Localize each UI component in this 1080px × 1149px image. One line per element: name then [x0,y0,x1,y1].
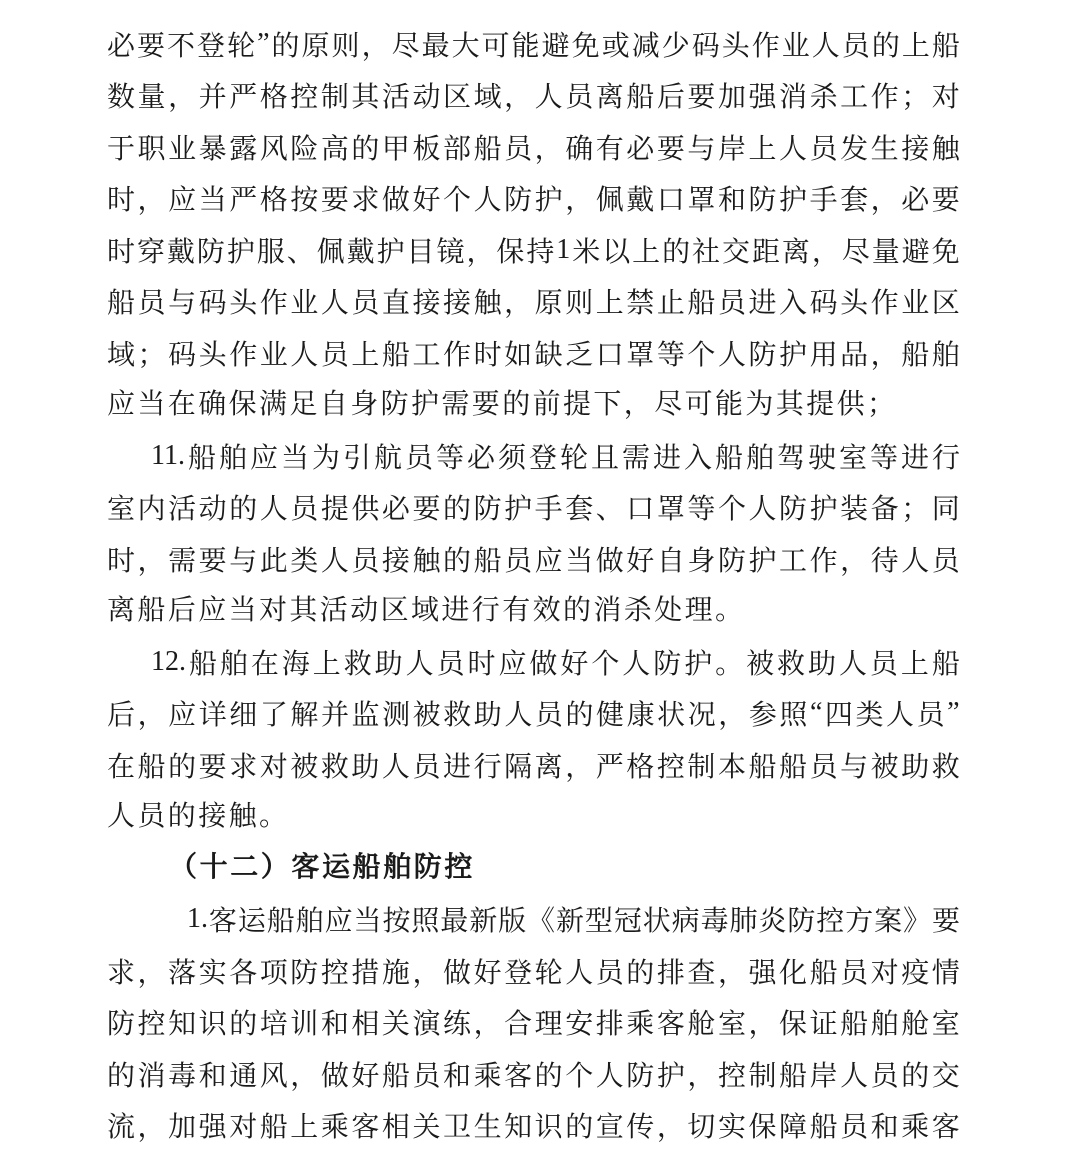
text-line: 于职业暴露风险高的甲板部船员，确有必要与岸上人员发生接触 [107,121,960,173]
paragraph-item-1-passenger-ships: 1.客运船舶应当按照最新版《新型冠状病毒肺炎防控方案》要求，落实各项防控措施，做… [107,894,960,1149]
text-line: 时，需要与此类人员接触的船员应当做好自身防护工作，待人员 [107,533,960,585]
text-line: 的消毒和通风，做好船员和乘客的个人防护，控制船岸人员的交 [107,1048,960,1100]
text-line: 时穿戴防护服、佩戴护目镜，保持1米以上的社交距离，尽量避免 [107,224,960,276]
text-line: 时，应当严格按要求做好个人防护，佩戴口罩和防护手套，必要 [107,173,960,225]
paragraph-item-12-sea-rescue: 12.船舶在海上救助人员时应做好个人防护。被救助人员上船后，应详细了解并监测被救… [107,636,960,842]
section-heading: （十二）客运船舶防控 [107,842,960,894]
text-line: 室内活动的人员提供必要的防护手套、口罩等个人防护装备；同 [107,482,960,534]
text-line: 离船后应当对其活动区域进行有效的消杀处理。 [107,585,960,637]
section-heading-12-passenger-ship-control: （十二）客运船舶防控 [107,842,960,894]
text-line: 11.船舶应当为引航员等必须登轮且需进入船舶驾驶室等进行 [107,430,960,482]
text-line: 船员与码头作业人员直接接触，原则上禁止船员进入码头作业区 [107,276,960,328]
text-line: 必要不登轮”的原则，尽最大可能避免或减少码头作业人员的上船 [107,18,960,70]
text-line: 后，应详细了解并监测被救助人员的健康状况，参照“四类人员” [107,688,960,740]
text-line: 域；码头作业人员上船工作时如缺乏口罩等个人防护用品，船舶 [107,327,960,379]
paragraph-continuation-dock-workers: 必要不登轮”的原则，尽最大可能避免或减少码头作业人员的上船数量，并严格控制其活动… [107,18,960,430]
text-line: 人员的接触。 [107,791,960,843]
text-line: 应当在确保满足自身防护需要的前提下，尽可能为其提供； [107,379,960,431]
text-line: 求，落实各项防控措施，做好登轮人员的排查，强化船员对疫情 [107,945,960,997]
text-line: 防控知识的培训和相关演练，合理安排乘客舱室，保证船舶舱室 [107,997,960,1049]
text-line: 数量，并严格控制其活动区域，人员离船后要加强消杀工作；对 [107,70,960,122]
text-line: 1.客运船舶应当按照最新版《新型冠状病毒肺炎防控方案》要 [107,894,960,946]
document-page: 必要不登轮”的原则，尽最大可能避免或减少码头作业人员的上船数量，并严格控制其活动… [0,0,1080,1149]
text-line: 流，加强对船上乘客相关卫生知识的宣传，切实保障船员和乘客 [107,1100,960,1149]
document-text: 必要不登轮”的原则，尽最大可能避免或减少码头作业人员的上船数量，并严格控制其活动… [107,18,960,1149]
text-line: 12.船舶在海上救助人员时应做好个人防护。被救助人员上船 [107,636,960,688]
text-line: 在船的要求对被救助人员进行隔离，严格控制本船船员与被助救 [107,739,960,791]
paragraph-item-11-pilots: 11.船舶应当为引航员等必须登轮且需进入船舶驾驶室等进行室内活动的人员提供必要的… [107,430,960,636]
